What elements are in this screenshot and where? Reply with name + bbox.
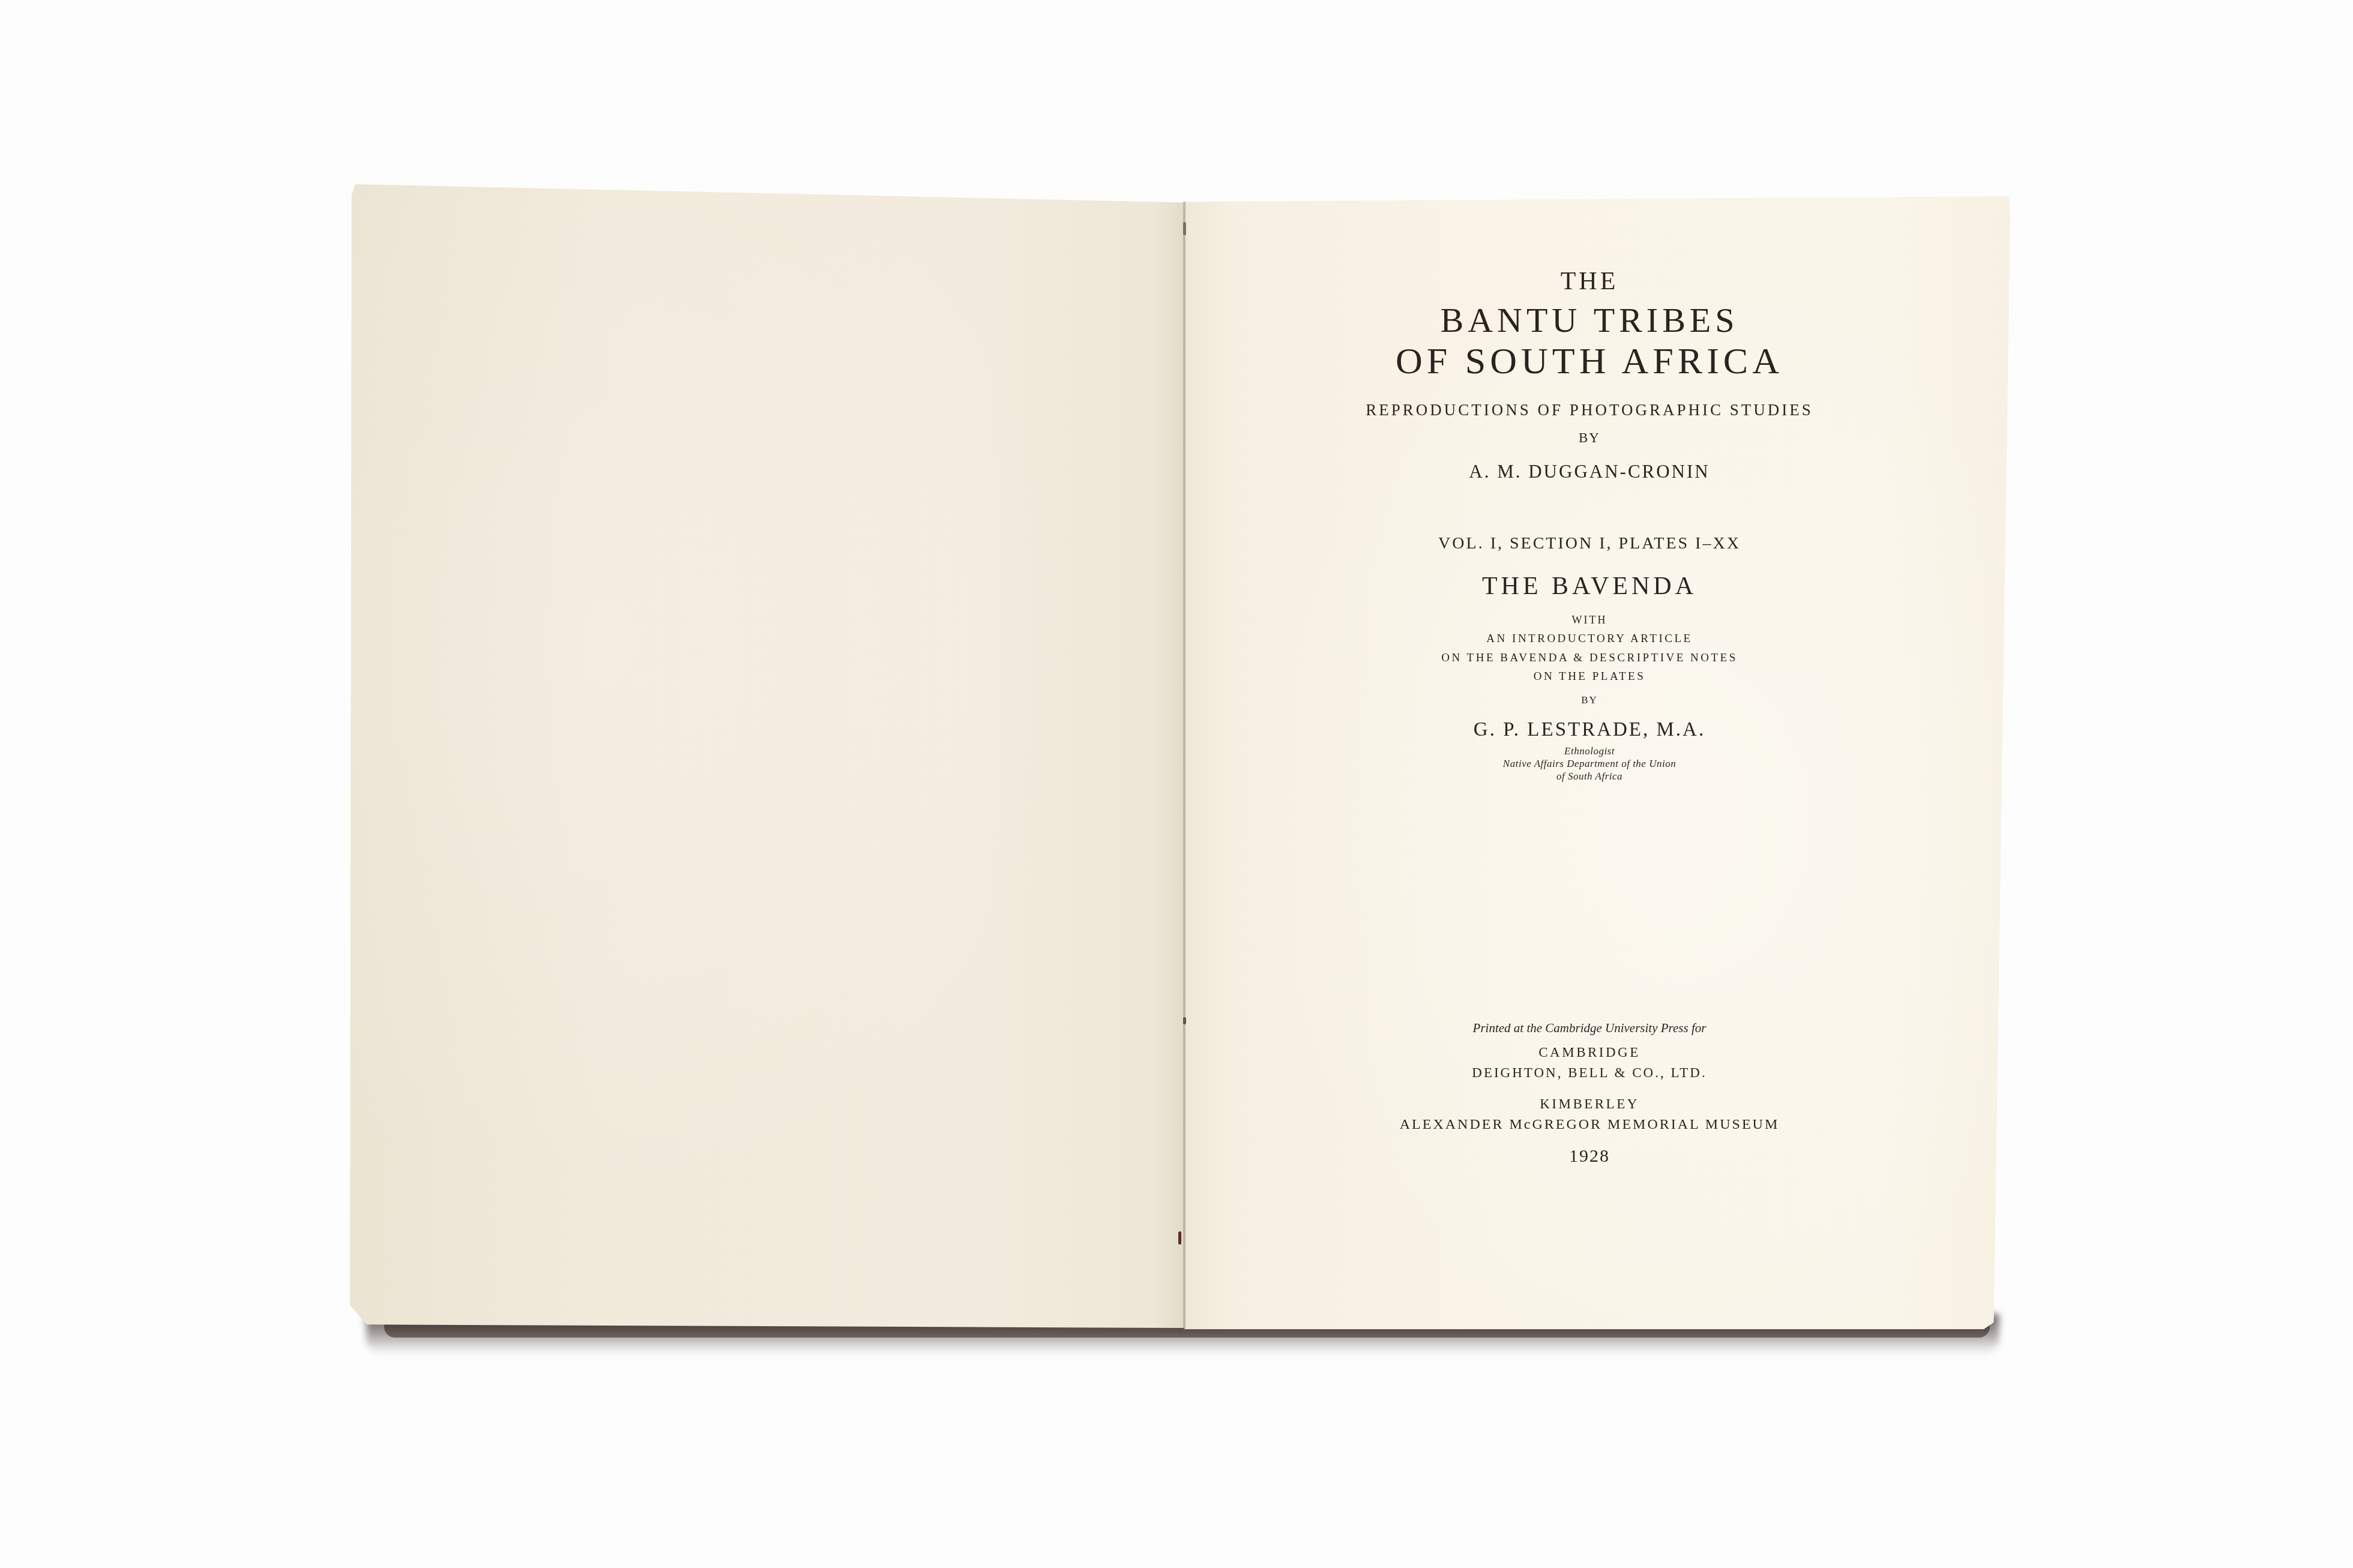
binding-stitch-top	[1183, 222, 1186, 235]
publisher-city-1: CAMBRIDGE	[1199, 1045, 1980, 1059]
by-label-2: BY	[1199, 695, 1980, 705]
title-page-text: THE BANTU TRIBES OF SOUTH AFRICA REPRODU…	[1199, 0, 1980, 1568]
binding-stitch-bottom	[1178, 1231, 1181, 1245]
author-role: Ethnologist	[1199, 746, 1980, 756]
book-gutter	[1183, 202, 1186, 1330]
publisher-city-2: KIMBERLEY	[1199, 1097, 1980, 1111]
volume-info: VOL. I, SECTION I, PLATES I–XX	[1199, 535, 1980, 552]
photo-scene: THE BANTU TRIBES OF SOUTH AFRICA REPRODU…	[0, 0, 2353, 1568]
with-label: WITH	[1199, 614, 1980, 625]
author-affiliation-2: of South Africa	[1199, 771, 1980, 781]
binding-stitch-middle	[1183, 1017, 1186, 1024]
intro-line-1: AN INTRODUCTORY ARTICLE	[1199, 633, 1980, 644]
intro-line-3: ON THE PLATES	[1199, 671, 1980, 682]
photographer-name: A. M. DUGGAN-CRONIN	[1199, 462, 1980, 481]
printer-credit: Printed at the Cambridge University Pres…	[1199, 1022, 1980, 1035]
publisher-1: DEIGHTON, BELL & CO., LTD.	[1199, 1066, 1980, 1080]
publisher-2: ALEXANDER McGREGOR MEMORIAL MUSEUM	[1199, 1117, 1980, 1132]
by-label-1: BY	[1199, 431, 1980, 445]
subtitle: REPRODUCTIONS OF PHOTOGRAPHIC STUDIES	[1199, 402, 1980, 418]
left-page	[350, 184, 1186, 1328]
title-line-3: OF SOUTH AFRICA	[1199, 343, 1980, 380]
publication-year: 1928	[1199, 1147, 1980, 1165]
author-name: G. P. LESTRADE, M.A.	[1199, 720, 1980, 740]
title-line-2: BANTU TRIBES	[1199, 303, 1980, 338]
intro-line-2: ON THE BAVENDA & DESCRIPTIVE NOTES	[1199, 652, 1980, 664]
section-title: THE BAVENDA	[1199, 574, 1980, 599]
author-affiliation-1: Native Affairs Department of the Union	[1199, 758, 1980, 769]
title-line-1: THE	[1199, 269, 1980, 294]
